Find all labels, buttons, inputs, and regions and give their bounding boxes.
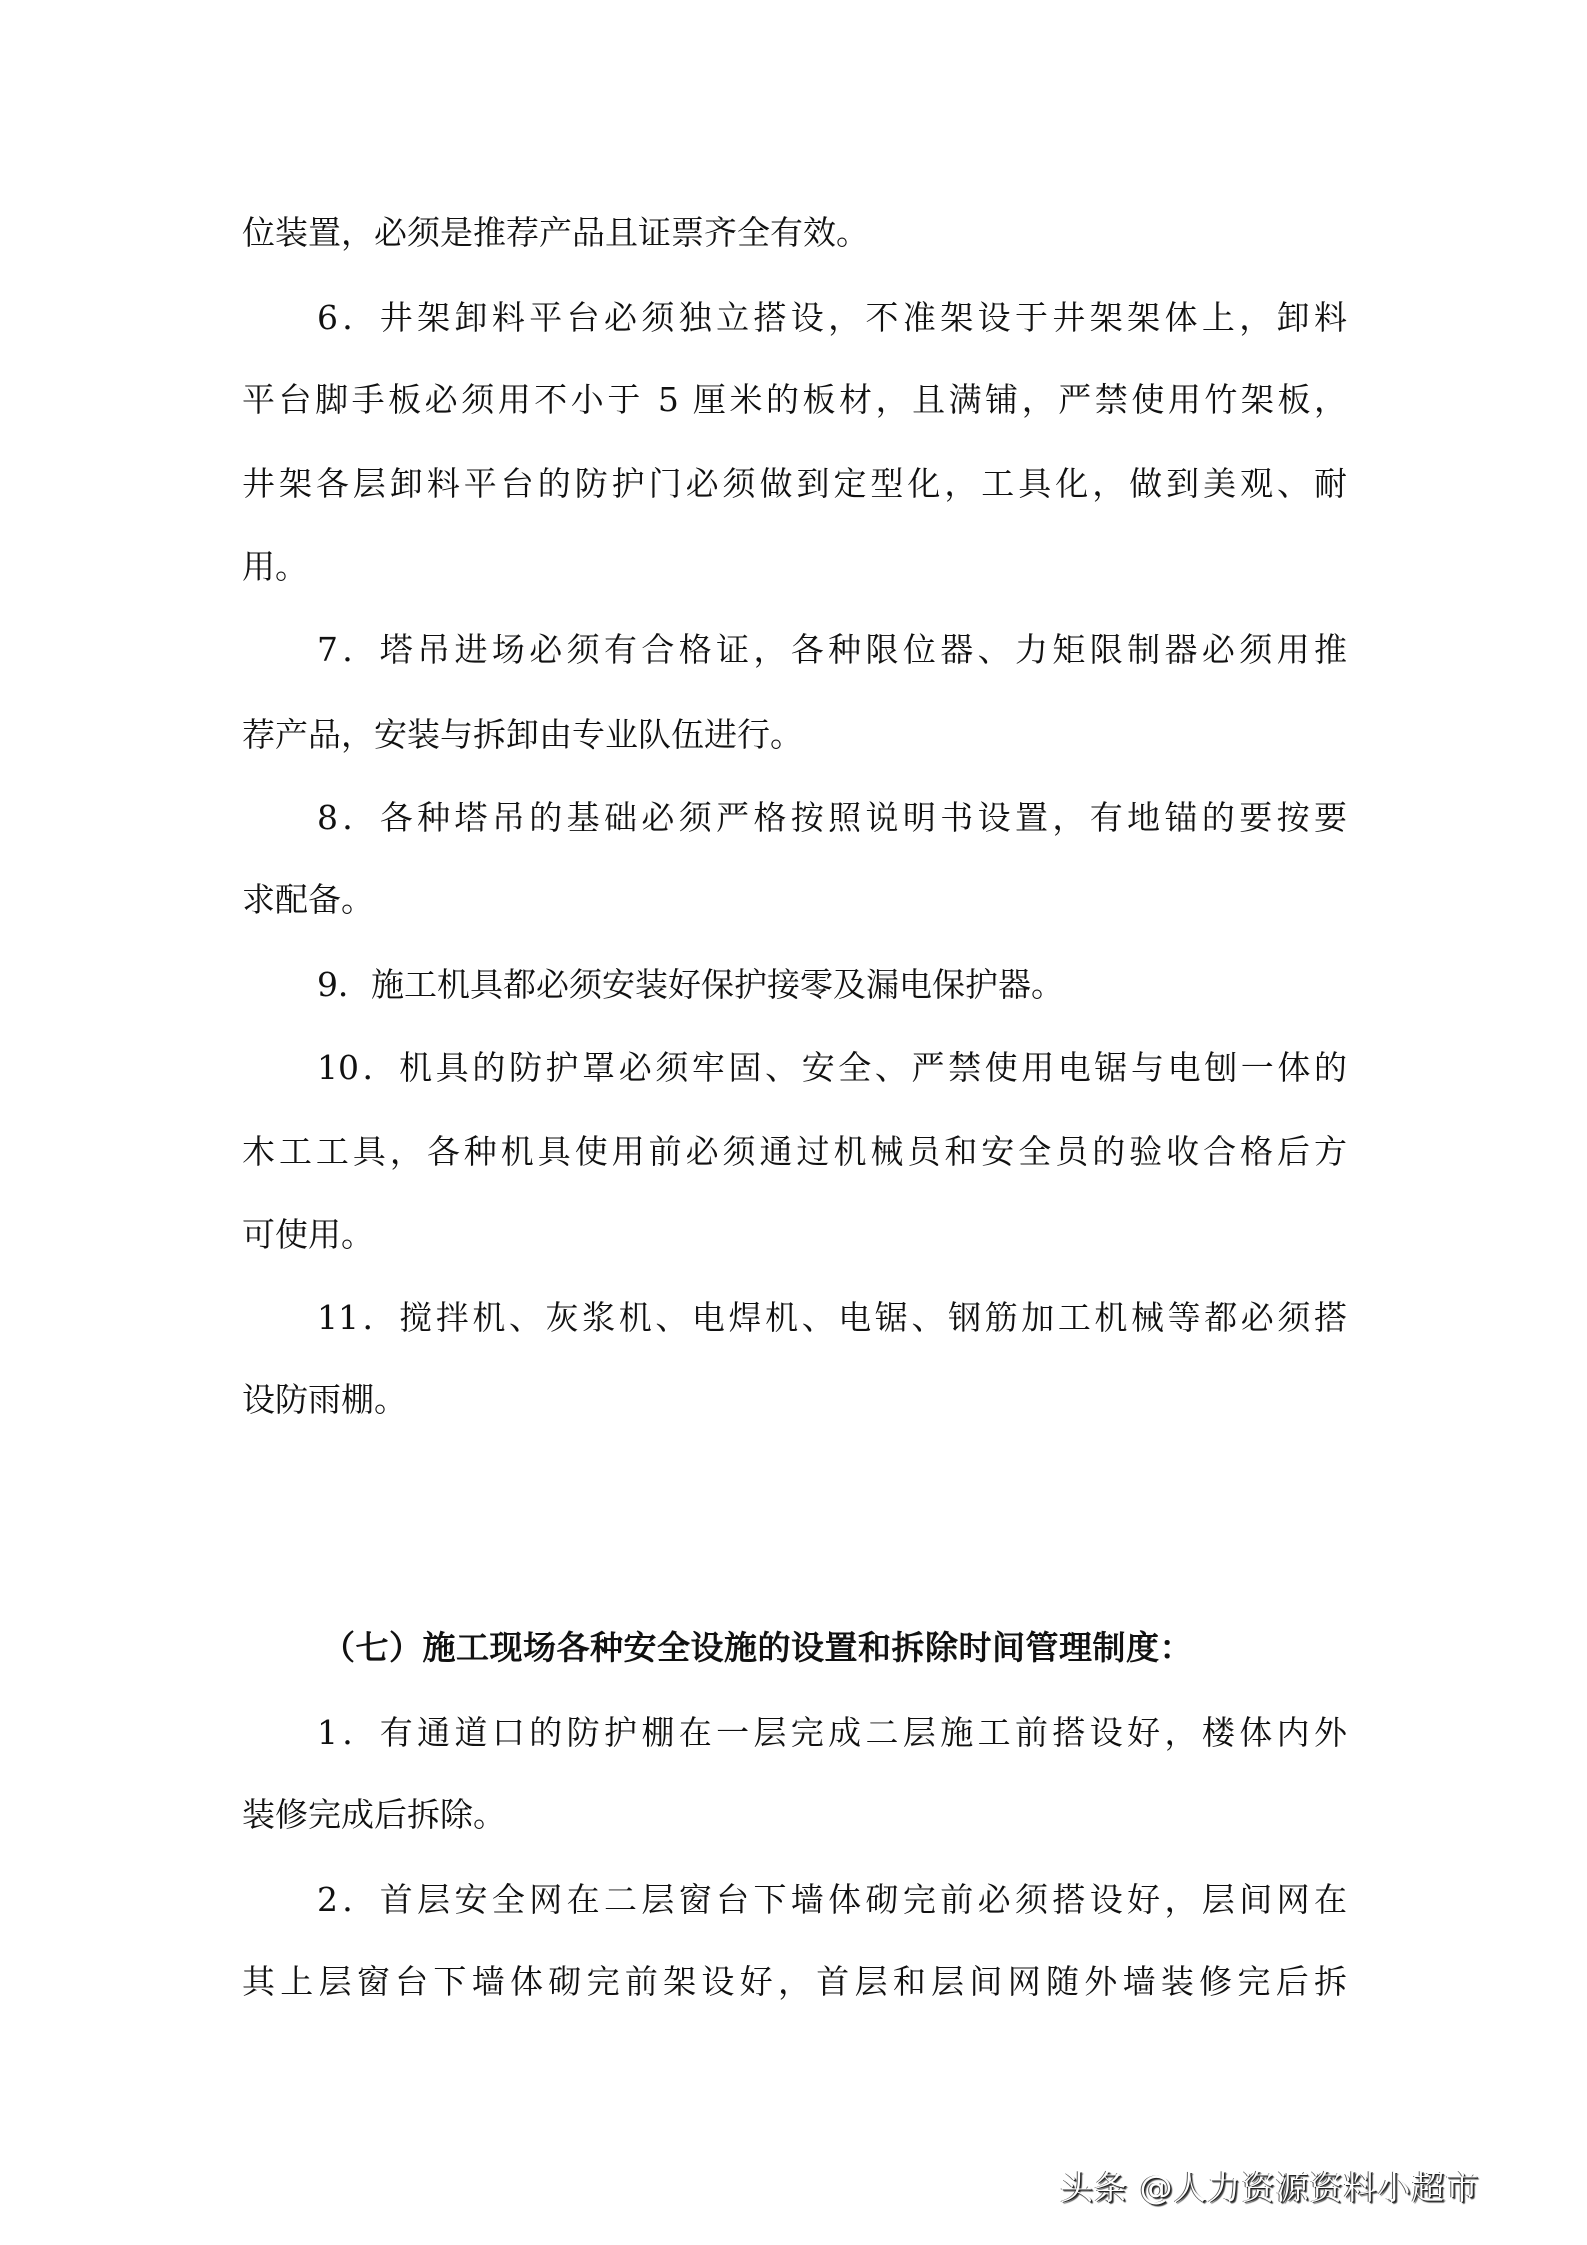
list-item-9-line: 9．施工机具都必须安装好保护接零及漏电保护器。 — [317, 963, 1347, 1007]
paragraph-line: 可使用。 — [242, 1213, 1347, 1257]
list-item-8-line: 8．各种塔吊的基础必须严格按照说明书设置，有地锚的要按要 — [317, 796, 1347, 840]
paragraph-line: 装修完成后拆除。 — [242, 1793, 1347, 1837]
list-item-6-line: 6．井架卸料平台必须独立搭设，不准架设于井架架体上，卸料 — [317, 296, 1347, 340]
list-item-10-line: 10．机具的防护罩必须牢固、安全、严禁使用电锯与电刨一体的 — [317, 1046, 1347, 1090]
list-item-1-line: 1．有通道口的防护棚在一层完成二层施工前搭设好，楼体内外 — [317, 1711, 1347, 1755]
paragraph-line: 木工工具，各种机具使用前必须通过机械员和安全员的验收合格后方 — [242, 1130, 1347, 1174]
section-heading: （七）施工现场各种安全设施的设置和拆除时间管理制度： — [322, 1626, 1282, 1670]
list-item-2-line: 2．首层安全网在二层窗台下墙体砌完前必须搭设好，层间网在 — [317, 1878, 1347, 1922]
paragraph-line: 用。 — [242, 545, 1347, 589]
paragraph-line: 平台脚手板必须用不小于 5 厘米的板材，且满铺，严禁使用竹架板， — [242, 378, 1347, 422]
paragraph-line: 荐产品，安装与拆卸由专业队伍进行。 — [242, 713, 1347, 757]
paragraph-line: 其上层窗台下墙体砌完前架设好，首层和层间网随外墙装修完后拆 — [242, 1960, 1347, 2004]
paragraph-line: 位装置，必须是推荐产品且证票齐全有效。 — [242, 211, 1347, 255]
paragraph-line: 设防雨棚。 — [242, 1378, 1347, 1422]
list-item-7-line: 7．塔吊进场必须有合格证，各种限位器、力矩限制器必须用推 — [317, 628, 1347, 672]
paragraph-line: 井架各层卸料平台的防护门必须做到定型化，工具化，做到美观、耐 — [242, 462, 1347, 506]
paragraph-line: 求配备。 — [242, 878, 1347, 922]
list-item-11-line: 11．搅拌机、灰浆机、电焊机、电锯、钢筋加工机械等都必须搭 — [317, 1296, 1347, 1340]
watermark: 头条 @人力资源资料小超市 — [1060, 2166, 1480, 2210]
document-page: 位装置，必须是推荐产品且证票齐全有效。 6．井架卸料平台必须独立搭设，不准架设于… — [0, 0, 1587, 2245]
